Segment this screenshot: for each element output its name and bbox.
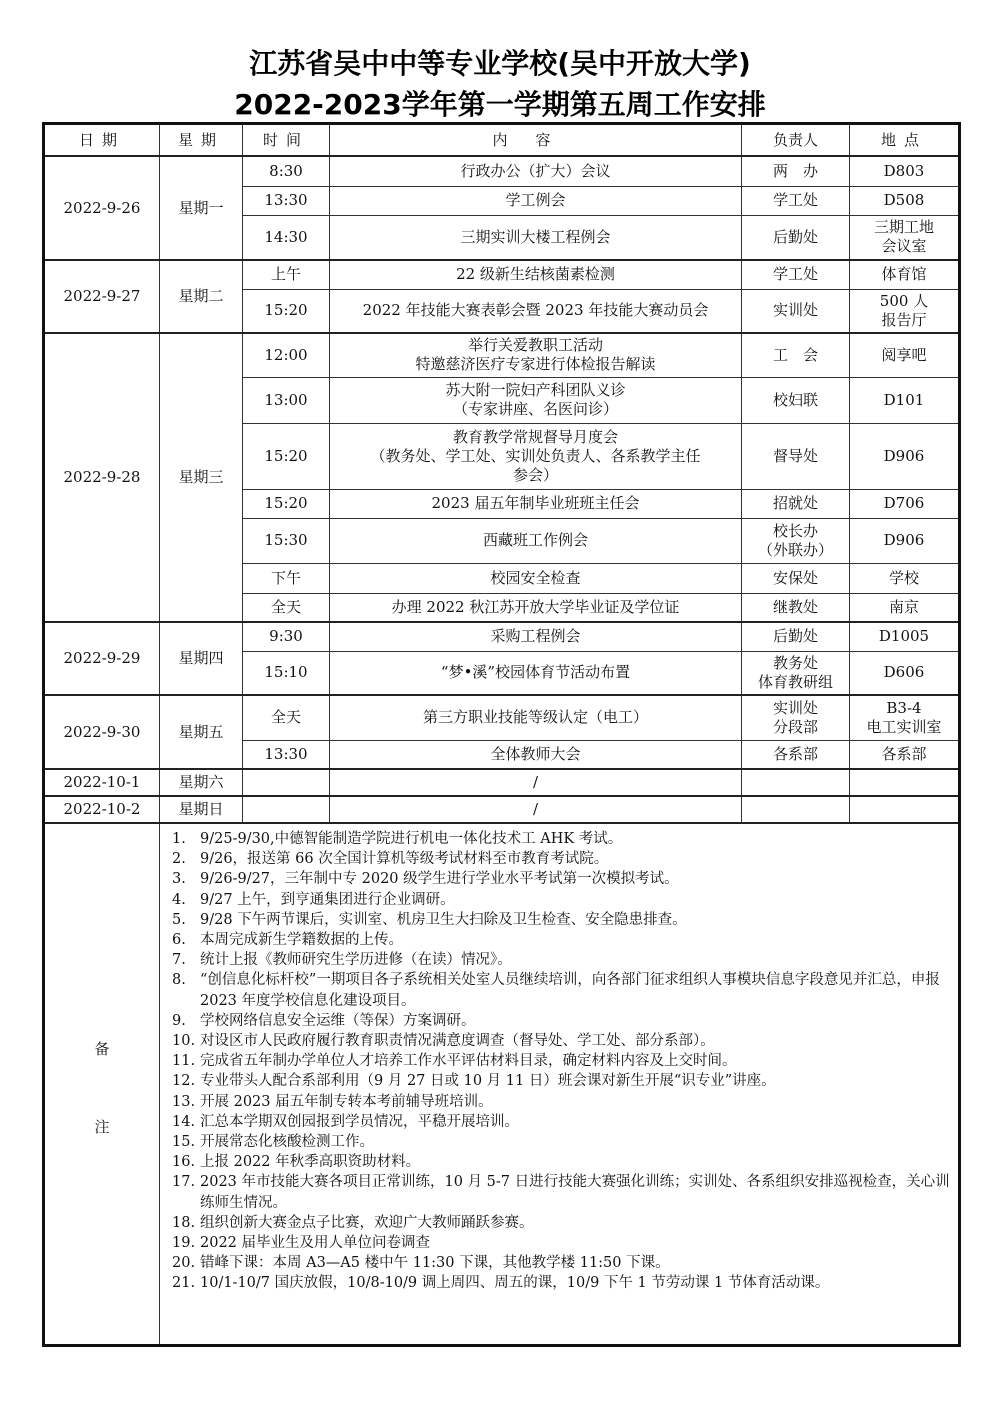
note-text: 组织创新大赛金点子比赛，欢迎广大教师踊跃参赛。: [200, 1213, 952, 1233]
time-cell: 13:00: [243, 377, 330, 423]
note-number: 1.: [172, 829, 200, 849]
place-cell: [850, 769, 960, 796]
person-cell: 各系部: [742, 740, 850, 769]
note-number: 7.: [172, 950, 200, 970]
note-number: 3.: [172, 869, 200, 889]
weekday-cell: 星期一: [160, 156, 243, 260]
person-cell: 工 会: [742, 333, 850, 377]
note-item: 8.“创信息化标杆校”一期项目各子系统相关处室人员继续培训，向各部门征求组织人事…: [172, 970, 952, 1010]
content-cell: 2022 年技能大赛表彰会暨 2023 年技能大赛动员会: [330, 289, 742, 333]
content-cell: 校园安全检查: [330, 563, 742, 593]
note-text: 9/25-9/30,中德智能制造学院进行机电一体化技术工 AHK 考试。: [200, 829, 952, 849]
note-number: 13.: [172, 1092, 200, 1112]
note-text: 对设区市人民政府履行教育职责情况满意度调查（督导处、学工处、部分系部）。: [200, 1031, 952, 1051]
note-text: 10/1-10/7 国庆放假，10/8-10/9 调上周四、周五的课，10/9 …: [200, 1273, 952, 1293]
note-text: 学校网络信息安全运维（等保）方案调研。: [200, 1011, 952, 1031]
note-item: 21.10/1-10/7 国庆放假，10/8-10/9 调上周四、周五的课，10…: [172, 1273, 952, 1293]
time-cell: 14:30: [243, 215, 330, 260]
person-cell: 学工处: [742, 260, 850, 289]
note-text: 9/28 下午两节课后，实训室、机房卫生大扫除及卫生检查、安全隐患排查。: [200, 910, 952, 930]
place-cell: D906: [850, 423, 960, 489]
note-number: 14.: [172, 1112, 200, 1132]
note-text: 完成省五年制办学单位人才培养工作水平评估材料目录，确定材料内容及上交时间。: [200, 1051, 952, 1071]
time-cell: 12:00: [243, 333, 330, 377]
time-cell: 全天: [243, 593, 330, 622]
place-cell: D508: [850, 186, 960, 215]
person-cell: 督导处: [742, 423, 850, 489]
date-cell: 2022-10-2: [44, 796, 160, 823]
person-cell: 实训处 分段部: [742, 695, 850, 740]
date-cell: 2022-9-28: [44, 333, 160, 622]
content-cell: 全体教师大会: [330, 740, 742, 769]
time-cell: 上午: [243, 260, 330, 289]
notes-label-char-1: 备: [45, 1040, 159, 1059]
content-cell: 2023 届五年制毕业班班主任会: [330, 489, 742, 518]
col-header-person: 负责人: [742, 124, 850, 157]
time-cell: [243, 769, 330, 796]
person-cell: 后勤处: [742, 215, 850, 260]
notes-label: 备 注: [44, 823, 160, 1346]
time-cell: 8:30: [243, 156, 330, 186]
person-cell: [742, 796, 850, 823]
note-item: 17.2023 年市技能大赛各项目正常训练，10 月 5-7 日进行技能大赛强化…: [172, 1172, 952, 1212]
content-cell: 22 级新生结核菌素检测: [330, 260, 742, 289]
note-text: 本周完成新生学籍数据的上传。: [200, 930, 952, 950]
time-cell: 15:10: [243, 651, 330, 695]
weekday-cell: 星期三: [160, 333, 243, 622]
time-cell: 15:20: [243, 289, 330, 333]
note-number: 8.: [172, 970, 200, 1010]
weekday-cell: 星期五: [160, 695, 243, 769]
note-number: 11.: [172, 1051, 200, 1071]
col-header-date: 日期: [44, 124, 160, 157]
table-row: 2022-10-2星期日/: [44, 796, 960, 823]
note-text: 9/27 上午，到亨通集团进行企业调研。: [200, 890, 952, 910]
note-number: 9.: [172, 1011, 200, 1031]
note-text: 上报 2022 年秋季高职资助材料。: [200, 1152, 952, 1172]
schedule-table: 日期 星期 时间 内容 负责人 地点 2022-9-26星期一8:30行政办公（…: [42, 122, 961, 1347]
place-cell: 各系部: [850, 740, 960, 769]
note-text: “创信息化标杆校”一期项目各子系统相关处室人员继续培训，向各部门征求组织人事模块…: [200, 970, 952, 1010]
person-cell: 学工处: [742, 186, 850, 215]
content-cell: 苏大附一院妇产科团队义诊 （专家讲座、名医问诊）: [330, 377, 742, 423]
date-cell: 2022-9-30: [44, 695, 160, 769]
place-cell: 三期工地 会议室: [850, 215, 960, 260]
note-text: 9/26，报送第 66 次全国计算机等级考试材料至市教育考试院。: [200, 849, 952, 869]
content-cell: 学工例会: [330, 186, 742, 215]
note-item: 14.汇总本学期双创园报到学员情况，平稳开展培训。: [172, 1112, 952, 1132]
time-cell: 9:30: [243, 622, 330, 651]
document-title: 江苏省吴中中等专业学校(吴中开放大学): [0, 42, 1000, 82]
content-cell: 行政办公（扩大）会议: [330, 156, 742, 186]
note-item: 4.9/27 上午，到亨通集团进行企业调研。: [172, 890, 952, 910]
note-number: 6.: [172, 930, 200, 950]
person-cell: 两 办: [742, 156, 850, 186]
content-cell: “梦•溪”校园体育节活动布置: [330, 651, 742, 695]
person-cell: [742, 769, 850, 796]
note-number: 18.: [172, 1213, 200, 1233]
note-number: 5.: [172, 910, 200, 930]
person-cell: 实训处: [742, 289, 850, 333]
place-cell: 500 人 报告厅: [850, 289, 960, 333]
note-item: 19.2022 届毕业生及用人单位问卷调查: [172, 1233, 952, 1253]
date-cell: 2022-9-27: [44, 260, 160, 333]
note-item: 7.统计上报《教师研究生学历进修（在读）情况》。: [172, 950, 952, 970]
note-item: 3.9/26-9/27，三年制中专 2020 级学生进行学业水平考试第一次模拟考…: [172, 869, 952, 889]
place-cell: D706: [850, 489, 960, 518]
note-text: 汇总本学期双创园报到学员情况，平稳开展培训。: [200, 1112, 952, 1132]
place-cell: [850, 796, 960, 823]
person-cell: 继教处: [742, 593, 850, 622]
table-row: 2022-10-1星期六/: [44, 769, 960, 796]
col-header-time: 时间: [243, 124, 330, 157]
time-cell: 13:30: [243, 740, 330, 769]
place-cell: D101: [850, 377, 960, 423]
note-item: 20.错峰下课：本周 A3—A5 楼中午 11:30 下课，其他教学楼 11:5…: [172, 1253, 952, 1273]
content-cell: /: [330, 769, 742, 796]
table-row: 2022-9-28星期三12:00举行关爱教职工活动 特邀慈济医疗专家进行体检报…: [44, 333, 960, 377]
weekday-cell: 星期四: [160, 622, 243, 695]
time-cell: 15:30: [243, 518, 330, 563]
note-text: 2022 届毕业生及用人单位问卷调查: [200, 1233, 952, 1253]
note-number: 21.: [172, 1273, 200, 1293]
person-cell: 安保处: [742, 563, 850, 593]
table-header-row: 日期 星期 时间 内容 负责人 地点: [44, 124, 960, 157]
time-cell: 15:20: [243, 423, 330, 489]
note-item: 1.9/25-9/30,中德智能制造学院进行机电一体化技术工 AHK 考试。: [172, 829, 952, 849]
content-cell: 办理 2022 秋江苏开放大学毕业证及学位证: [330, 593, 742, 622]
col-header-place: 地点: [850, 124, 960, 157]
place-cell: 体育馆: [850, 260, 960, 289]
note-number: 12.: [172, 1071, 200, 1091]
note-item: 10.对设区市人民政府履行教育职责情况满意度调查（督导处、学工处、部分系部）。: [172, 1031, 952, 1051]
notes-list: 1.9/25-9/30,中德智能制造学院进行机电一体化技术工 AHK 考试。2.…: [160, 823, 960, 1346]
weekday-cell: 星期日: [160, 796, 243, 823]
note-item: 16.上报 2022 年秋季高职资助材料。: [172, 1152, 952, 1172]
content-cell: 举行关爱教职工活动 特邀慈济医疗专家进行体检报告解读: [330, 333, 742, 377]
place-cell: 学校: [850, 563, 960, 593]
person-cell: 教务处 体育教研组: [742, 651, 850, 695]
note-text: 2023 年市技能大赛各项目正常训练，10 月 5-7 日进行技能大赛强化训练；…: [200, 1172, 952, 1212]
note-number: 17.: [172, 1172, 200, 1212]
date-cell: 2022-9-29: [44, 622, 160, 695]
time-cell: 15:20: [243, 489, 330, 518]
note-number: 2.: [172, 849, 200, 869]
note-item: 15.开展常态化核酸检测工作。: [172, 1132, 952, 1152]
place-cell: D906: [850, 518, 960, 563]
notes-label-char-2: 注: [45, 1118, 159, 1137]
place-cell: D606: [850, 651, 960, 695]
place-cell: 阅享吧: [850, 333, 960, 377]
date-cell: 2022-10-1: [44, 769, 160, 796]
note-item: 2.9/26，报送第 66 次全国计算机等级考试材料至市教育考试院。: [172, 849, 952, 869]
place-cell: B3-4 电工实训室: [850, 695, 960, 740]
note-text: 开展常态化核酸检测工作。: [200, 1132, 952, 1152]
note-item: 18.组织创新大赛金点子比赛，欢迎广大教师踊跃参赛。: [172, 1213, 952, 1233]
col-header-weekday: 星期: [160, 124, 243, 157]
notes-row: 备 注 1.9/25-9/30,中德智能制造学院进行机电一体化技术工 AHK 考…: [44, 823, 960, 1346]
note-text: 统计上报《教师研究生学历进修（在读）情况》。: [200, 950, 952, 970]
content-cell: 三期实训大楼工程例会: [330, 215, 742, 260]
note-text: 专业带头人配合系部利用（9 月 27 日或 10 月 11 日）班会课对新生开展…: [200, 1071, 952, 1091]
note-number: 19.: [172, 1233, 200, 1253]
note-item: 11.完成省五年制办学单位人才培养工作水平评估材料目录，确定材料内容及上交时间。: [172, 1051, 952, 1071]
schedule-body: 2022-9-26星期一8:30行政办公（扩大）会议两 办D80313:30学工…: [44, 156, 960, 823]
note-item: 12.专业带头人配合系部利用（9 月 27 日或 10 月 11 日）班会课对新…: [172, 1071, 952, 1091]
note-text: 开展 2023 届五年制专转本考前辅导班培训。: [200, 1092, 952, 1112]
time-cell: 全天: [243, 695, 330, 740]
table-row: 2022-9-29星期四9:30采购工程例会后勤处D1005: [44, 622, 960, 651]
note-item: 13.开展 2023 届五年制专转本考前辅导班培训。: [172, 1092, 952, 1112]
weekday-cell: 星期六: [160, 769, 243, 796]
note-number: 16.: [172, 1152, 200, 1172]
person-cell: 后勤处: [742, 622, 850, 651]
note-text: 错峰下课：本周 A3—A5 楼中午 11:30 下课，其他教学楼 11:50 下…: [200, 1253, 952, 1273]
note-number: 20.: [172, 1253, 200, 1273]
document-subtitle: 2022-2023学年第一学期第五周工作安排: [0, 83, 1000, 123]
weekday-cell: 星期二: [160, 260, 243, 333]
time-cell: 13:30: [243, 186, 330, 215]
table-row: 2022-9-27星期二上午22 级新生结核菌素检测学工处体育馆: [44, 260, 960, 289]
date-cell: 2022-9-26: [44, 156, 160, 260]
note-item: 9.学校网络信息安全运维（等保）方案调研。: [172, 1011, 952, 1031]
content-cell: 采购工程例会: [330, 622, 742, 651]
content-cell: 西藏班工作例会: [330, 518, 742, 563]
table-row: 2022-9-26星期一8:30行政办公（扩大）会议两 办D803: [44, 156, 960, 186]
place-cell: D1005: [850, 622, 960, 651]
content-cell: 第三方职业技能等级认定（电工）: [330, 695, 742, 740]
place-cell: 南京: [850, 593, 960, 622]
table-row: 2022-9-30星期五全天第三方职业技能等级认定（电工）实训处 分段部B3-4…: [44, 695, 960, 740]
note-number: 10.: [172, 1031, 200, 1051]
person-cell: 校妇联: [742, 377, 850, 423]
note-number: 4.: [172, 890, 200, 910]
note-item: 5.9/28 下午两节课后，实训室、机房卫生大扫除及卫生检查、安全隐患排查。: [172, 910, 952, 930]
content-cell: 教育教学常规督导月度会 （教务处、学工处、实训处负责人、各系教学主任 参会）: [330, 423, 742, 489]
person-cell: 招就处: [742, 489, 850, 518]
note-number: 15.: [172, 1132, 200, 1152]
place-cell: D803: [850, 156, 960, 186]
note-text: 9/26-9/27，三年制中专 2020 级学生进行学业水平考试第一次模拟考试。: [200, 869, 952, 889]
col-header-content: 内容: [330, 124, 742, 157]
content-cell: /: [330, 796, 742, 823]
person-cell: 校长办 （外联办）: [742, 518, 850, 563]
time-cell: [243, 796, 330, 823]
time-cell: 下午: [243, 563, 330, 593]
note-item: 6.本周完成新生学籍数据的上传。: [172, 930, 952, 950]
